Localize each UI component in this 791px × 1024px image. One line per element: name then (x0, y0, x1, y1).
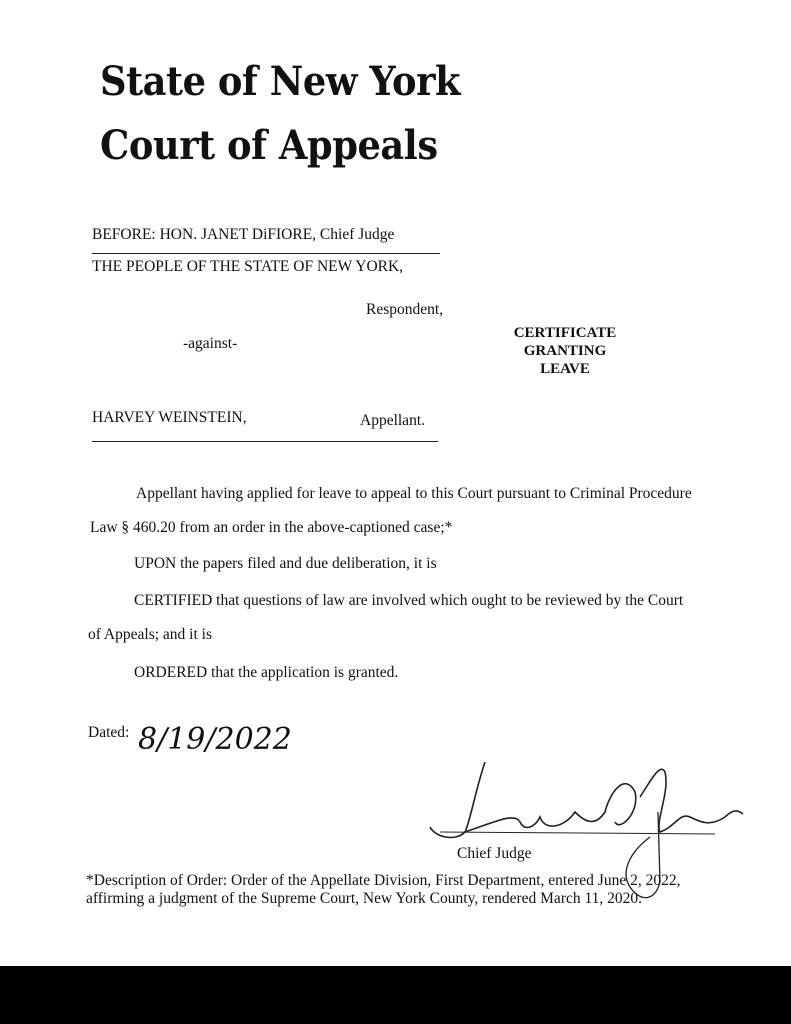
court-header-state: State of New York (100, 58, 460, 105)
certificate-line-2: GRANTING (505, 342, 625, 360)
body-paragraph-4: ORDERED that the application is granted. (134, 664, 398, 682)
caption-rule-top (92, 253, 440, 254)
court-header-court: Court of Appeals (100, 122, 438, 169)
certificate-line-1: CERTIFICATE (505, 324, 625, 342)
body-paragraph-1b: Law § 460.20 from an order in the above-… (90, 519, 452, 537)
footnote-line-2: affirming a judgment of the Supreme Cour… (86, 890, 642, 908)
dated-label: Dated: (88, 724, 129, 742)
certificate-line-3: LEAVE (505, 360, 625, 378)
body-paragraph-3a: CERTIFIED that questions of law are invo… (134, 592, 683, 610)
party-people: THE PEOPLE OF THE STATE OF NEW YORK, (92, 258, 403, 276)
dated-value: 8/19/2022 (138, 722, 292, 757)
body-paragraph-2: UPON the papers filed and due deliberati… (134, 555, 437, 573)
caption-rule-bottom (92, 441, 438, 442)
certificate-title: CERTIFICATE GRANTING LEAVE (505, 324, 625, 378)
before-line: BEFORE: HON. JANET DiFIORE, Chief Judge (92, 226, 394, 244)
party-defendant: HARVEY WEINSTEIN, (92, 409, 247, 427)
against-label: -against- (183, 335, 237, 353)
signature-title: Chief Judge (457, 845, 531, 863)
appellant-label: Appellant. (360, 412, 425, 430)
body-paragraph-1a: Appellant having applied for leave to ap… (136, 485, 692, 503)
respondent-label: Respondent, (366, 301, 443, 319)
footnote-line-1: *Description of Order: Order of the Appe… (86, 872, 680, 890)
document-page: State of New York Court of Appeals BEFOR… (0, 0, 791, 966)
body-paragraph-3b: of Appeals; and it is (88, 626, 212, 644)
